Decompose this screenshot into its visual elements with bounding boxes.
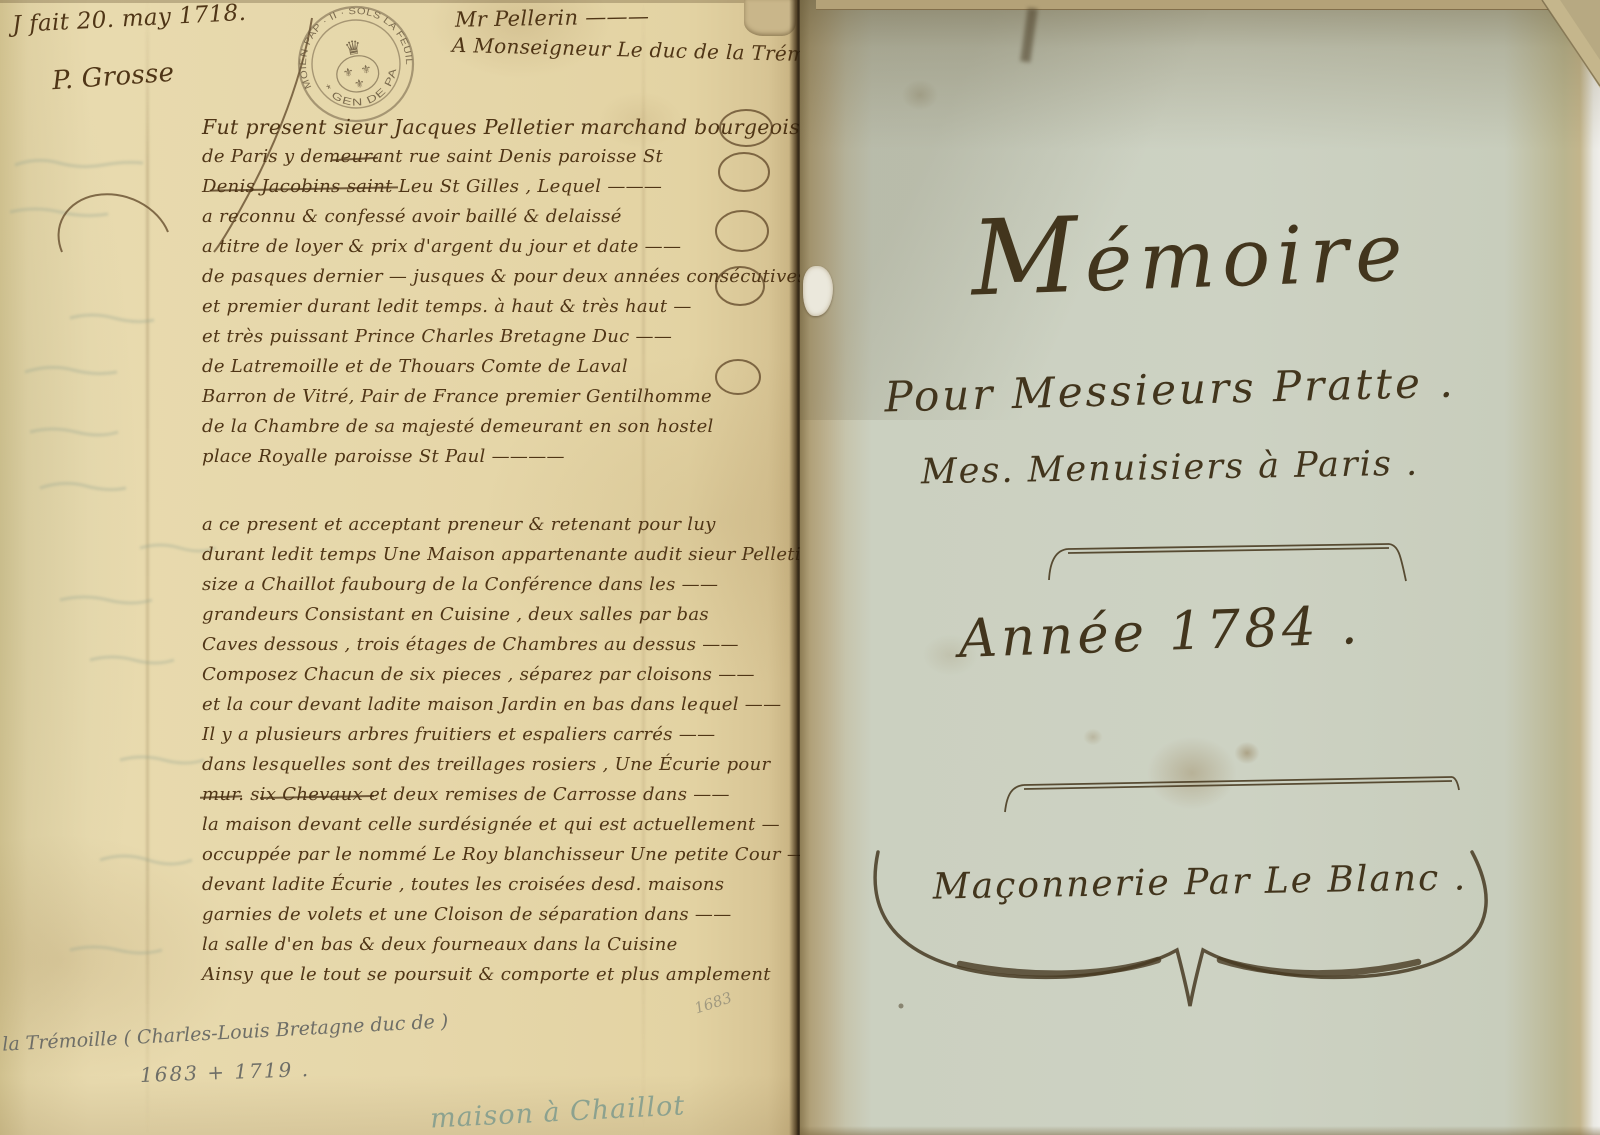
cover-year-line: Année 1784 .	[919, 594, 1401, 672]
cover-ornaments	[800, 0, 1600, 1135]
manuscript-line: devant ladite Écurie , toutes les croisé…	[202, 870, 777, 900]
manuscript-line: a reconnu & confessé avoir baillé & dela…	[202, 202, 777, 232]
ink-smudge	[1020, 8, 1037, 63]
left-page: J fait 20. may 1718. P. Grosse Mr Peller…	[0, 0, 800, 1135]
cover-for-line: Pour Messieurs Pratte .	[849, 357, 1490, 423]
manuscript-line: a ce present et acceptant preneur & rete…	[202, 510, 777, 540]
manuscript-line: durant ledit temps Une Maison appartenan…	[202, 540, 777, 570]
fleur-de-lis-icon: ⚜	[353, 76, 366, 92]
manuscript-line: de la Chambre de sa majesté demeurant en…	[202, 412, 777, 442]
manuscript-line: de Latremoille et de Thouars Comte de La…	[202, 352, 777, 382]
right-page: Mémoire Pour Messieurs Pratte . Mes. Men…	[800, 0, 1600, 1135]
manuscript-line: la maison devant celle surdésignée et qu…	[202, 810, 777, 840]
body-text: Fut present sieur Jacques Pelletier marc…	[202, 112, 777, 990]
manuscript-line: garnies de volets et une Cloison de sépa…	[202, 900, 777, 930]
manuscript-line: la salle d'en bas & deux fourneaux dans …	[202, 930, 777, 960]
manuscript-line: Il y a plusieurs arbres fruitiers et esp…	[202, 720, 777, 750]
manuscript-line: grandeurs Consistant en Cuisine , deux s…	[202, 600, 777, 630]
torn-paper-patch	[803, 266, 833, 316]
manuscript-line: Fut present sieur Jacques Pelletier marc…	[202, 112, 777, 142]
pencil-margin-number: 1683	[692, 989, 734, 1018]
manuscript-line: Caves dessous , trois étages de Chambres…	[202, 630, 777, 660]
manuscript-line: de pasques dernier — jusques & pour deux…	[202, 262, 777, 292]
pencil-annotation-dates: 1683 + 1719 .	[140, 1057, 311, 1087]
manuscript-line: et premier durant ledit temps. à haut & …	[202, 292, 777, 322]
date-annotation: J fait 20. may 1718.	[11, 0, 246, 38]
cover-title: Mémoire	[858, 179, 1522, 324]
circle-flourish	[59, 194, 168, 252]
page-bottom-edge	[800, 1126, 1600, 1135]
ink-dot	[899, 1004, 904, 1009]
address-line: A Monseigneur Le duc de la Trémoille	[452, 33, 851, 67]
manuscript-line: Barron de Vitré, Pair de France premier …	[202, 382, 777, 412]
manuscript-line: et la cour devant ladite maison Jardin e…	[202, 690, 777, 720]
manuscript-line: mur. six Chevaux et deux remises de Carr…	[202, 780, 777, 810]
manuscript-line: occuppée par le nommé Le Roy blanchisseu…	[202, 840, 777, 870]
aged-top-band	[800, 0, 1600, 150]
fleur-de-lis-icon: ⚜	[360, 62, 373, 78]
manuscript-line: et très puissant Prince Charles Bretagne…	[202, 322, 777, 352]
pencil-annotation-fragment: maison à Chaillot	[429, 1090, 686, 1134]
manuscript-line: de Paris y demeurant rue saint Denis par…	[202, 142, 777, 172]
underlying-page-edge	[816, 0, 1558, 10]
manuscript-line: Composez Chacun de six pieces , séparez …	[202, 660, 777, 690]
paper-scrap	[744, 0, 796, 36]
fox-stains	[800, 0, 1600, 1135]
cover-trade-holder-line: Mes. Menuisiers à Paris .	[860, 443, 1481, 494]
manuscript-line: Denis Jacobins saint Leu St Gilles , Leq…	[202, 172, 777, 202]
manuscript-line: size a Chaillot faubourg de la Conférenc…	[202, 570, 777, 600]
manuscript-scan: J fait 20. may 1718. P. Grosse Mr Peller…	[0, 0, 1600, 1135]
recipient-note: Mr Pellerin ———	[455, 4, 650, 31]
dog-ear-fold	[1542, 0, 1600, 88]
fold-crease	[146, 0, 149, 1135]
manuscript-line: dans lesquelles sont des treillages rosi…	[202, 750, 777, 780]
manuscript-line: Ainsy que le tout se poursuit & comporte…	[202, 960, 777, 990]
pencil-annotation-name: la Trémoille ( Charles-Louis Bretagne du…	[2, 1010, 449, 1055]
manuscript-line: a titre de loyer & prix d'argent du jour…	[202, 232, 777, 262]
manuscript-line: place Royalle paroisse St Paul ————	[202, 442, 777, 472]
cover-work-line: Maçonnerie Par Le Blanc .	[890, 857, 1511, 909]
clerk-signature: P. Grosse	[51, 58, 175, 96]
